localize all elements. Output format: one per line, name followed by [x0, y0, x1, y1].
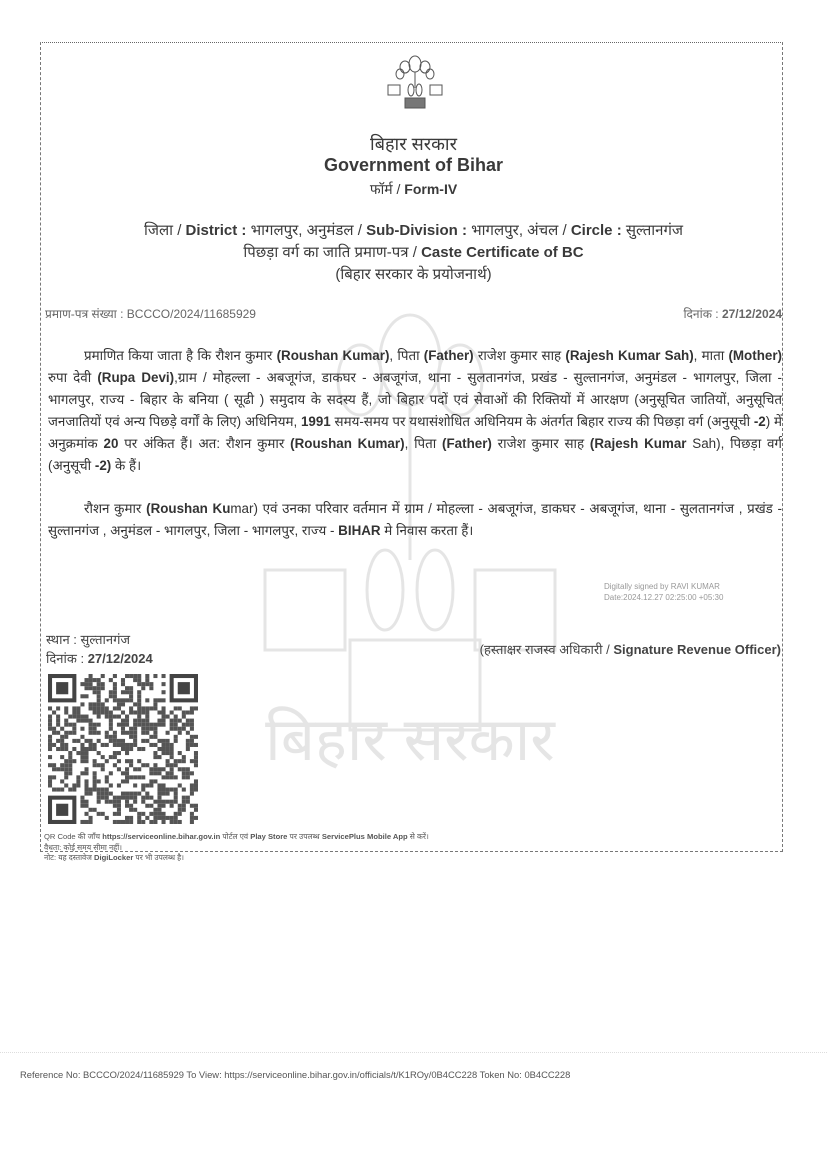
certificate-date-value: 27/12/2024	[722, 307, 782, 321]
digilocker-note: नोट: यह दस्तावेज DigiLocker पर भी उपलब्ध…	[44, 853, 429, 864]
subdivision-label-hindi: अनुमंडल	[307, 222, 354, 239]
form-label-english: Form-IV	[404, 181, 457, 197]
signature-label: (हस्ताक्षर राजस्व अधिकारी / Signature Re…	[480, 640, 781, 658]
district-label-hindi: जिला	[144, 222, 173, 239]
certificate-number-value: BCCCO/2024/11685929	[127, 307, 256, 321]
circle-value: सुल्तानगंज	[626, 222, 683, 239]
government-hindi: बिहार सरकार	[0, 132, 827, 156]
verification-notes: QR Code की जाँच https://serviceonline.bi…	[44, 832, 429, 864]
validity-note: वैधता: कोई समय सीमा नहीं।	[44, 843, 429, 854]
certification-paragraph: प्रमाणित किया जाता है कि रौशन कुमार (Rou…	[48, 345, 782, 477]
place-of-issue: स्थान : सुल्तानगंज	[46, 630, 130, 648]
subdivision-value: भागलपुर	[471, 222, 519, 239]
footer-divider	[0, 1052, 827, 1053]
issue-date: दिनांक : 27/12/2024	[46, 649, 153, 667]
certificate-date: दिनांक : 27/12/2024	[683, 305, 782, 322]
district-value: भागलपुर	[251, 222, 299, 239]
circle-label-hindi: अंचल	[527, 222, 558, 239]
certificate-title-hindi: पिछड़ा वर्ग का जाति प्रमाण-पत्र	[243, 244, 408, 261]
signature-label-english: Signature Revenue Officer)	[613, 642, 781, 657]
certificate-number: प्रमाण-पत्र संख्या : BCCCO/2024/11685929	[45, 305, 256, 322]
subdivision-label-english: Sub-Division	[366, 222, 458, 239]
location-line: जिला / District : भागलपुर, अनुमंडल / Sub…	[0, 220, 827, 240]
place-label: स्थान	[46, 632, 70, 647]
certificate-number-label: प्रमाण-पत्र संख्या	[45, 307, 117, 321]
digital-signature-signer: Digitally signed by RAVI KUMAR	[604, 581, 723, 592]
reference-footer: Reference No: BCCCO/2024/11685929 To Vie…	[20, 1069, 570, 1080]
circle-label-english: Circle	[571, 222, 613, 239]
svg-text:बिहार सरकार: बिहार सरकार	[265, 706, 556, 770]
certificate-date-label: दिनांक	[683, 307, 711, 321]
bihar-emblem-icon	[385, 52, 445, 112]
residence-paragraph: रौशन कुमार (Roushan Kumar) एवं उनका परिव…	[48, 498, 782, 542]
district-label-english: District	[186, 222, 238, 239]
digital-signature-date: Date:2024.12.27 02:25:00 +05:30	[604, 592, 723, 603]
qr-verification-note: QR Code की जाँच https://serviceonline.bi…	[44, 832, 429, 843]
place-value: सुल्तानगंज	[81, 632, 131, 647]
certificate-purpose: (बिहार सरकार के प्रयोजनार्थ)	[0, 264, 827, 284]
issue-date-value: 27/12/2024	[88, 651, 153, 666]
government-english: Government of Bihar	[0, 155, 827, 176]
qr-code-icon[interactable]	[48, 674, 198, 824]
verification-url-link[interactable]: https://serviceonline.bihar.gov.in	[102, 832, 220, 841]
issue-date-label: दिनांक	[46, 651, 77, 666]
certificate-title-english: Caste Certificate of BC	[421, 244, 584, 261]
form-label: फॉर्म / Form-IV	[0, 180, 827, 199]
signature-label-hindi: (हस्ताक्षर राजस्व अधिकारी /	[480, 642, 614, 657]
digital-signature: Digitally signed by RAVI KUMAR Date:2024…	[604, 581, 723, 603]
certificate-title: पिछड़ा वर्ग का जाति प्रमाण-पत्र / Caste …	[0, 242, 827, 262]
form-label-hindi: फॉर्म	[370, 181, 393, 197]
